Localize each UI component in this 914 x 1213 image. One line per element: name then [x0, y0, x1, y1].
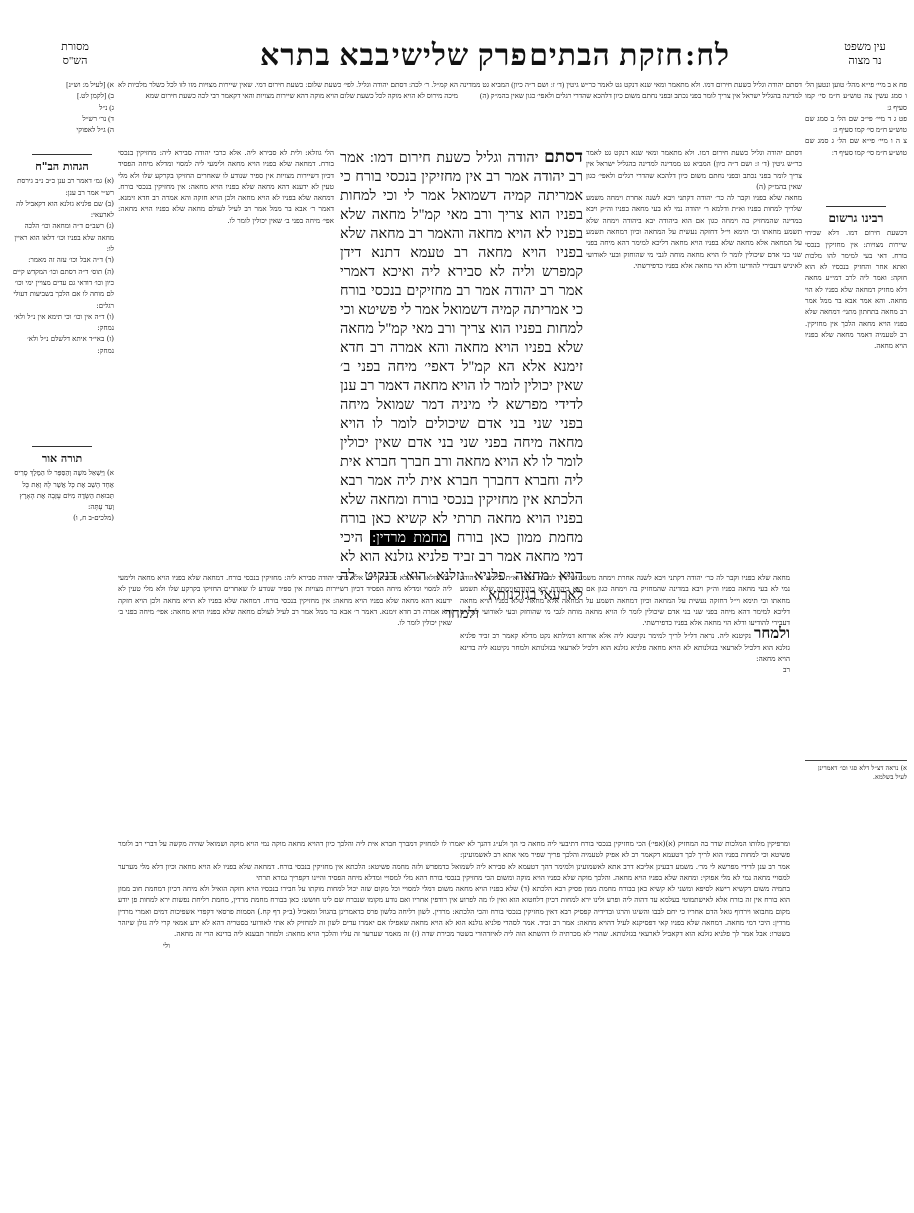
rabbeinu-gershom-note: א) נראה דצ״ל דלא סגי וכו׳ דאמרינן לעיל ב…	[805, 760, 907, 782]
ein-mishpat-label-line1: עין משפט	[830, 40, 900, 54]
rabbeinu-gershom-text: דכשעת חירום דמו. דלא שכיחי שיירות מצויות…	[805, 228, 907, 352]
hagahot-entry: (ג) רשב״ם ד״ה ומחאה וכו׳ הלכה מחאה שלא ב…	[10, 221, 114, 255]
rashbam-continuation: נקיטנא ליה. נראה דל״ל לריך למימר נקיטנא …	[460, 631, 790, 663]
ein-mishpat-entry: פט ג ד מיי׳ פי״ב שם הל׳ ב סמג שם טוש״ע ח…	[805, 114, 907, 137]
hagahot-entry: (א) גמ׳ דאמר רב ענן כ״ב נ״ב גירסת רש״י א…	[10, 176, 114, 199]
ornament-divider	[32, 446, 92, 447]
page-title: לח: חזקת הבתים פרק שלישי בבא בתרא	[260, 36, 730, 76]
ein-mishpat-label-line2: נר מצוה	[830, 54, 900, 68]
hagahot-habach-column: הגהות הב"ח (א) גמ׳ דאמר רב ענן כ״ב נ״ב ג…	[10, 148, 114, 357]
rashbam-lower: מחאה שלא בפניו וקבר לה כר׳ יהודה דקתני ו…	[460, 572, 790, 832]
tosafot-lower-text: הלי גוזלא: ולית לא סבירא ליה. אלא כרבי י…	[118, 572, 452, 628]
masoret-label: מסורת הש"ס	[40, 40, 110, 68]
rabbeinu-gershom-title: רבינו גרשום	[805, 213, 907, 224]
gemara-body-1: יהודה וגליל כשעת חירום דמו: אמר רב יהודה…	[340, 150, 583, 546]
ein-mishpat-label: עין משפט נר מצוה	[830, 40, 900, 68]
tosafot-top: הא קמ״ל. ר׳ לכה: דסתם יהודה וגליל. לפי׳ …	[118, 80, 458, 144]
chapter-number: פרק שלישי	[392, 39, 528, 73]
masoret-entry: ד) נר׳ רש״ל	[10, 114, 114, 125]
tractate-name: בבא בתרא	[260, 39, 390, 73]
tosafot-side-text: הלי גוזלא: ולית לא סבירא ליה. אלא כרבי י…	[118, 147, 334, 226]
masoret-entry: ב) [לקמן לט.]	[10, 91, 114, 102]
torah-or-verse: א) וַיִּשְׁאַל משֶׁה וְהַסַּפֵּר לוֹ הַמ…	[10, 468, 114, 513]
bottom-commentary: ומרפיקין מלותו המלכות שדר בה המחזיק (א)(…	[118, 838, 790, 951]
hagahot-entry: (ב) שם פלניא גזלנא הוא דקאביל לה לארעאי:	[10, 199, 114, 222]
tosafot-top-text: הא קמ״ל. ר׳ לכה: דסתם יהודה וגליל. לפי׳ …	[118, 80, 458, 103]
rashbam-top-text: דסתם יהודה וגליל כשעת חירום דמו. ולא מתא…	[460, 80, 802, 103]
tosafot-side: הלי גוזלא: ולית לא סבירא ליה. אלא כרבי י…	[118, 147, 334, 226]
torah-or-column: תורה אור א) וַיִּשְׁאַל משֶׁה וְהַסַּפֵּ…	[10, 440, 114, 525]
ein-mishpat-column: פח א ב מיי׳ פי״א מהל׳ טוען ונטען הל׳ ו ס…	[805, 80, 907, 159]
hagahot-entry: (ז) באי״ד איתא דלשלם נ״ל ולא׳ נמחק:	[10, 334, 114, 357]
hagahot-entry: (ד) ד״ה אבל וכו׳ עזה זה מאמר:	[10, 255, 114, 266]
masoret-entry: א) [לעיל מ: וש״נ]	[10, 80, 114, 91]
bottom-paragraph: בתמיה משום דקשיא רישא לסיפא ומשני לא קשי…	[118, 883, 790, 939]
daf-number: לח:	[685, 39, 730, 73]
ornament-divider	[32, 154, 92, 155]
hagahot-habach-title: הגהות הב"ח	[10, 161, 114, 172]
masoret-entry: ה) ג״ל לאפוקי	[10, 125, 114, 136]
bottom-paragraph: ומרפיקין מלותו המלכות שדר בה המחזיק (א)(…	[118, 838, 790, 861]
masoret-label-line1: מסורת	[40, 40, 110, 54]
hagahot-entry: (ה) תוס׳ ד״ה דסתם וכו׳ המקדש קיים כיון ו…	[10, 267, 114, 312]
gemara-opening-word: דסתם	[544, 147, 583, 166]
torah-or-title: תורה אור	[10, 453, 114, 464]
tosafot-lower: הלי גוזלא: ולית לא סבירא ליה. אלא כרבי י…	[118, 572, 452, 832]
rashbam-top: דסתם יהודה וגליל כשעת חירום דמו. ולא מתא…	[460, 80, 802, 144]
torah-or-source: (מלכים-ב ח, ו)	[10, 513, 114, 524]
masoret-entry: ג) נ״ל	[10, 103, 114, 114]
bottom-paragraph: אמר רב ענן לדידי מפרשא לי מר׳. משמע דבעי…	[118, 861, 790, 884]
ein-mishpat-entry: פח א ב מיי׳ פי״א מהל׳ טוען ונטען הל׳ ו ס…	[805, 80, 907, 114]
page-catchword: ולי	[118, 940, 790, 951]
rashbam-side-text: דסתם יהודה וגליל כשעת חירום דמו. ולא מתא…	[586, 147, 802, 192]
gemara-text: דסתם יהודה וגליל כשעת חירום דמו: אמר רב …	[340, 147, 583, 624]
page-header: עין משפט נר מצוה לח: חזקת הבתים פרק שליש…	[0, 36, 914, 76]
masoret-hashas-column: א) [לעיל מ: וש״נ] ב) [לקמן לט.] ג) נ״ל ד…	[10, 80, 114, 144]
rashbam-side-text-2: מחאה שלא בפניו וקבר לה כר׳ יהודה דקתני ו…	[586, 192, 802, 271]
gemara-highlighted-phrase: מחמת מרדין:	[370, 530, 450, 546]
ornament-divider	[826, 206, 886, 207]
ein-mishpat-entry: צ ה ו מיי׳ פי״א שם הל׳ ג סמג שם טוש״ע ח״…	[805, 136, 907, 159]
rashbam-lower-text: מחאה שלא בפניו וקבר לה כר׳ יהודה דקתני ו…	[460, 572, 790, 628]
rashbam-side: דסתם יהודה וגליל כשעת חירום דמו. ולא מתא…	[586, 147, 802, 271]
rabbeinu-gershom-column: רבינו גרשום דכשעת חירום דמו. דלא שכיחי ש…	[805, 200, 907, 353]
chapter-name: חזקת הבתים	[529, 39, 684, 73]
masoret-label-line2: הש"ס	[40, 54, 110, 68]
rashbam-end-word: רב	[460, 664, 790, 675]
rashbam-lmachar: ולמחר	[754, 624, 790, 642]
hagahot-entry: (ו) ד״ה אין וכו׳ וכי תימא אין נ״ל ולא׳ נ…	[10, 312, 114, 335]
